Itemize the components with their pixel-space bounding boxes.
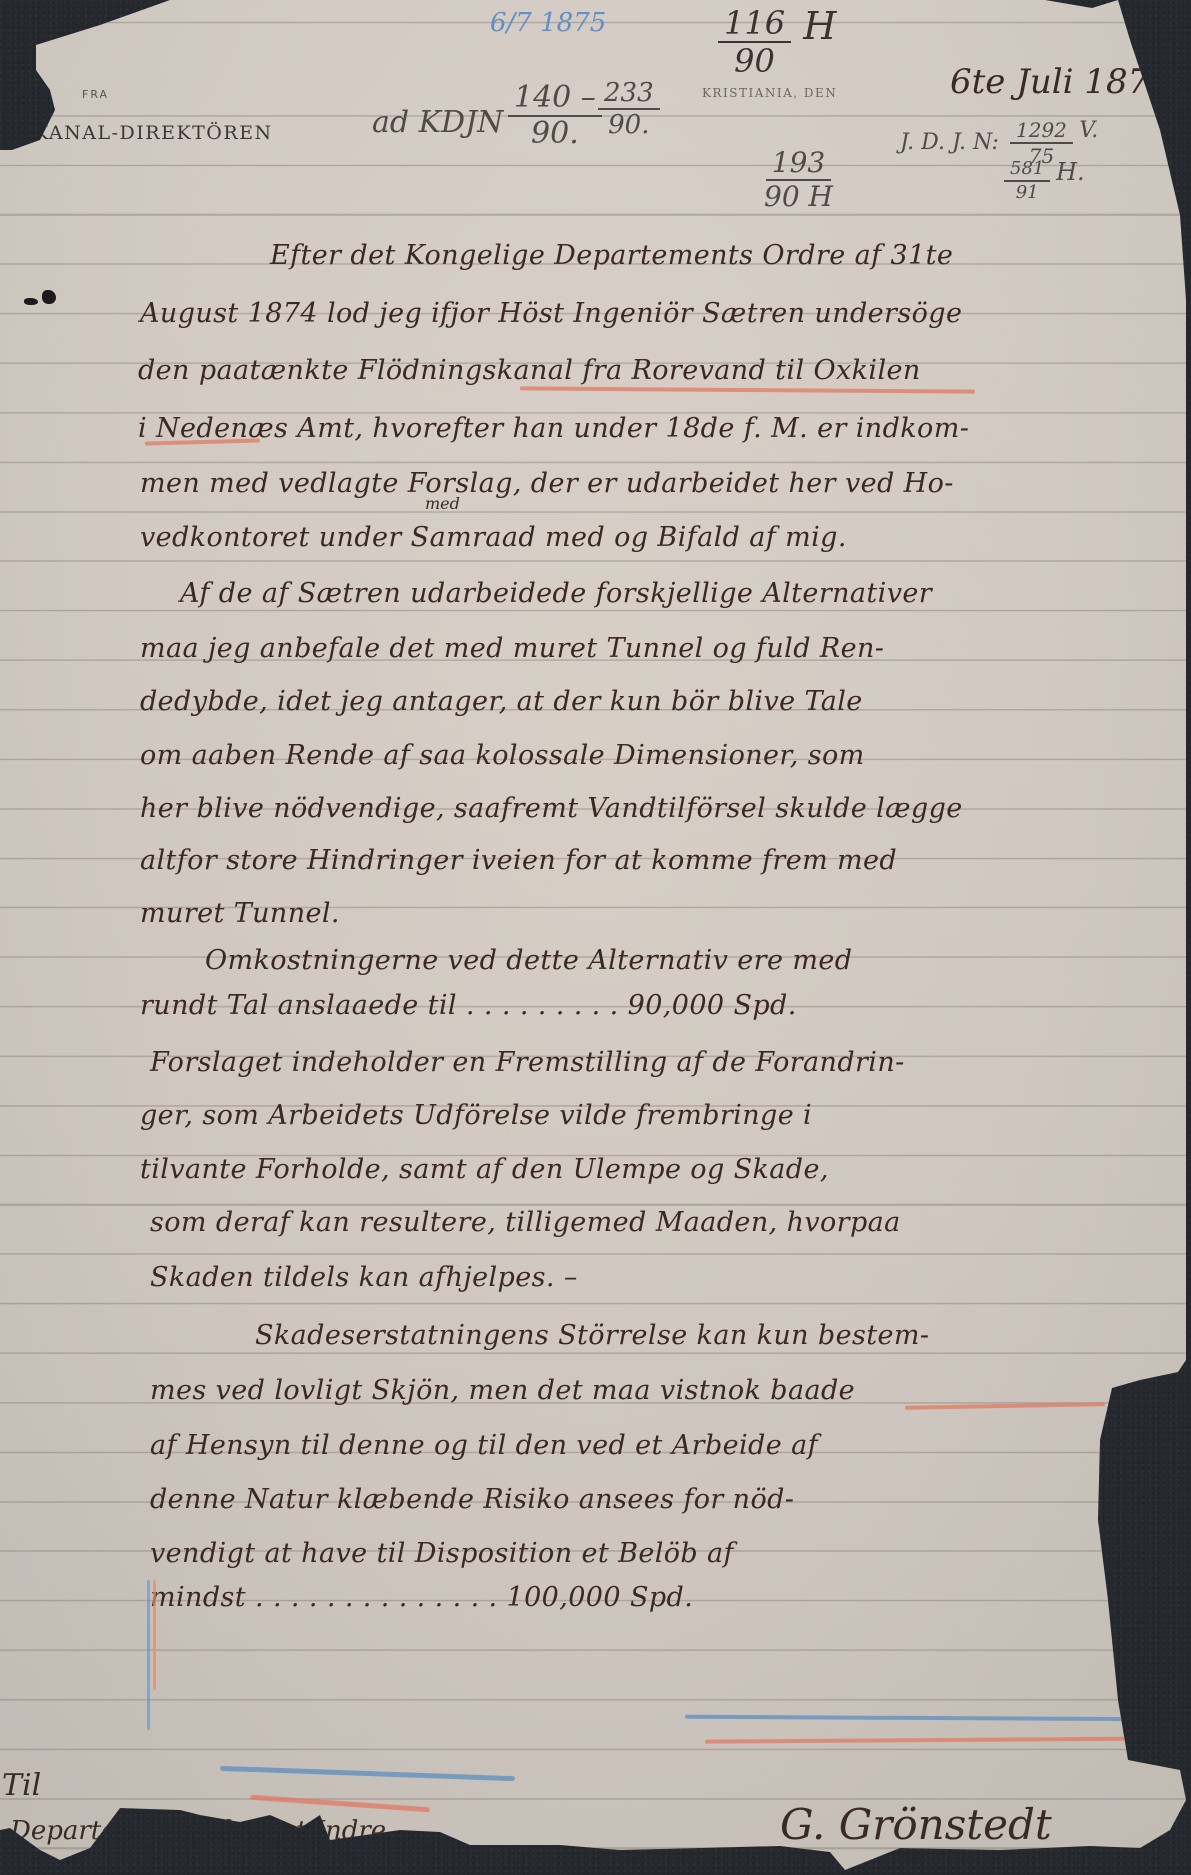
- body-line: dedybde, idet jeg antager, at der kun bö…: [140, 686, 863, 717]
- ink-blot: [24, 298, 38, 305]
- red-margin-line: [153, 1580, 156, 1690]
- body-line: vendigt at have til Disposition et Belöb…: [150, 1538, 734, 1569]
- body-line: Forslaget indeholder en Fremstilling af …: [150, 1047, 905, 1078]
- body-line: muret Tunnel.: [140, 898, 340, 929]
- ref-fraction-5: 581 91 H.: [1004, 158, 1085, 202]
- blue-margin-line: [147, 1580, 150, 1730]
- ref-fraction-1: 140 – 90.: [508, 80, 602, 149]
- body-line: Efter det Kongelige Departements Ordre a…: [270, 240, 953, 271]
- ref-fraction-4: 193 90 H: [764, 146, 833, 211]
- superscript-insert: med: [425, 494, 460, 513]
- body-line: tilvante Forholde, samt af den Ulempe og…: [140, 1154, 829, 1185]
- addressee-to: Til: [2, 1768, 41, 1803]
- body-line: Skadeserstatningens Störrelse kan kun be…: [255, 1320, 929, 1351]
- blue-date-stamp: 6/7 1875: [490, 8, 606, 38]
- letterhead-place-label: KRISTIANIA, DEN: [702, 86, 837, 100]
- journal-label: J. D. J. N:: [900, 130, 999, 155]
- letter-sheet: FRA KANAL-DIREKTÖREN KRISTIANIA, DEN 6/7…: [0, 0, 1191, 1875]
- ref-fraction-2: 233 90.: [598, 78, 660, 138]
- body-line: om aaben Rende af saa kolossale Dimensio…: [140, 740, 865, 771]
- body-line: i Nedenæs Amt, hvorefter han under 18de …: [138, 413, 969, 444]
- body-line: vedkontoret under Samraad med og Bifald …: [140, 522, 847, 553]
- signature: G. Grönstedt: [780, 1800, 1052, 1849]
- body-line: altfor store Hindringer iveien for at ko…: [140, 845, 897, 876]
- body-line-amount: mindst . . . . . . . . . . . . . . 100,0…: [150, 1582, 693, 1613]
- body-line: her blive nödvendige, saafremt Vandtilfö…: [140, 793, 963, 824]
- body-line: men med vedlagte Forslag, der er udarbei…: [140, 468, 954, 499]
- body-line: Omkostningerne ved dette Alternativ ere …: [205, 945, 852, 976]
- body-line-amount: rundt Tal anslaaede til . . . . . . . . …: [140, 990, 797, 1021]
- body-line: den paatænkte Flödningskanal fra Rorevan…: [138, 355, 921, 386]
- body-line: ger, som Arbeidets Udförelse vilde fremb…: [140, 1100, 812, 1131]
- ink-blot: [42, 290, 56, 304]
- letterhead-from-label: FRA: [82, 88, 109, 101]
- body-line: denne Natur klæbende Risiko ansees for n…: [150, 1484, 794, 1515]
- ref-prefix: ad KDJN: [372, 105, 503, 140]
- body-line: Skaden tildels kan afhjelpes. –: [150, 1262, 578, 1293]
- letterhead-sender: KANAL-DIREKTÖREN: [34, 122, 273, 144]
- body-line: Af de af Sætren udarbeidede forskjellige…: [180, 578, 932, 609]
- body-line: August 1874 lod jeg ifjor Höst Ingeniör …: [140, 298, 962, 329]
- body-line: som deraf kan resultere, tilligemed Maad…: [150, 1207, 901, 1238]
- ref-fraction-3: 116 90 H: [718, 4, 836, 77]
- body-line: maa jeg anbefale det med muret Tunnel og…: [140, 633, 884, 664]
- body-line: af Hensyn til denne og til den ved et Ar…: [150, 1430, 818, 1461]
- body-line: mes ved lovligt Skjön, men det maa vistn…: [150, 1375, 855, 1406]
